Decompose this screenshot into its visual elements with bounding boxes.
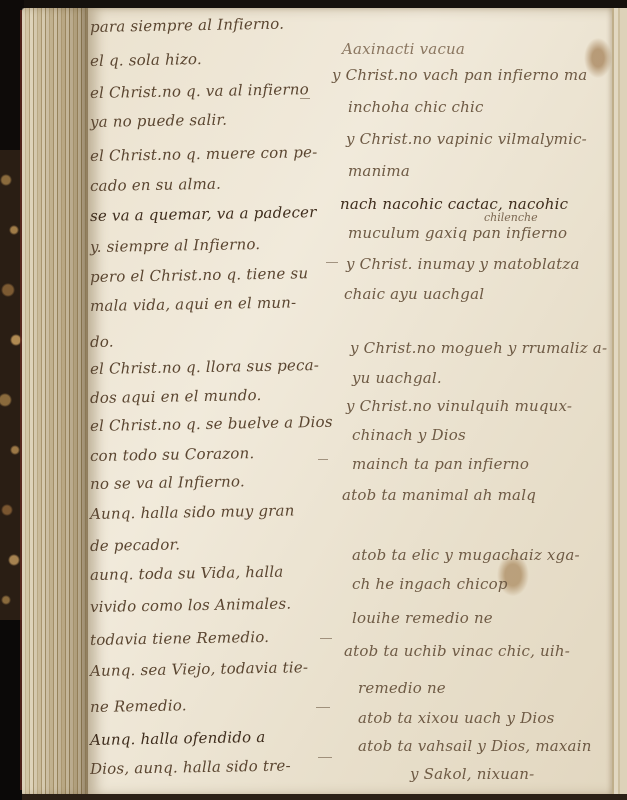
left-line-16: no se va al Infierno. [90,472,245,493]
left-line-4: ya no puede salir. [90,111,227,131]
left-line-11: do. [90,333,114,351]
right-line-7: muculum gaxiq pan infierno [348,224,567,242]
right-line-20: remedio ne [358,679,446,697]
right-line-19: atob ta uchib vinac chic, uih- [344,642,570,660]
right-line-10: y Christ.no mogueh y rrumaliz a- [350,339,607,357]
right-line-17: ch he ingach chicop [352,575,508,593]
dash-separator [300,98,310,99]
left-line-15: con todo su Corazon. [90,444,255,465]
left-line-19: aunq. toda su Vida, halla [90,563,284,584]
dash-separator [320,638,332,639]
right-line-9: chaic ayu uachgal [344,285,484,303]
right-line-15: atob ta manimal ah malq [342,486,536,504]
page-bottom-shadow [22,794,627,800]
right-line-16: atob ta elic y mugachaiz xga- [352,546,580,564]
right-line-21: atob ta xixou uach y Dios [358,709,555,727]
right-line-3: inchoha chic chic [348,98,484,116]
right-line-1: Aaxinacti vacua [342,40,465,58]
right-line-4: y Christ.no vapinic vilmalymic- [346,130,587,148]
left-line-13: dos aqui en el mundo. [90,386,262,407]
left-line-3: el Christ.no q. va al infierno [90,80,309,102]
right-line-22: atob ta vahsail y Dios, maxain [358,737,592,755]
left-line-1: para siempre al Infierno. [90,15,284,36]
manuscript-photo: para siempre al Infierno. el q. sola hiz… [0,0,627,800]
left-line-22: Aunq. sea Viejo, todavia tie- [90,658,308,680]
dash-separator [318,757,332,758]
left-line-21: todavia tiene Remedio. [90,628,269,649]
right-line-2: y Christ.no vach pan infierno ma [332,66,587,84]
page-right-edge [612,8,627,796]
right-line-14: mainch ta pan infierno [352,455,529,473]
left-line-2: el q. sola hizo. [90,50,202,70]
left-line-10: mala vida, aqui en el mun- [90,293,297,315]
right-line-23: y Sakol, nixuan- [410,765,534,783]
left-line-25: Dios, aunq. halla sido tre- [90,756,291,778]
right-line-13: chinach y Dios [352,426,466,444]
left-line-8: y. siempre al Infierno. [90,235,261,256]
right-line-11: yu uachgal. [352,369,442,387]
left-line-20: vivido como los Animales. [90,594,292,616]
left-line-17: Aunq. halla sido muy gran [90,501,295,523]
right-line-12: y Christ.no vinulquih muqux- [346,397,572,415]
dash-separator [316,707,330,708]
page-edges-stack [22,8,90,796]
left-line-23: ne Remedio. [90,696,187,716]
dash-separator [326,262,338,263]
right-line-8: y Christ. inumay y matoblatza [346,255,580,273]
left-line-6: cado en su alma. [90,175,221,195]
left-line-9: pero el Christ.no q. tiene su [90,264,309,286]
right-line-18: louihe remedio ne [352,609,493,627]
interlinear-gloss: chilenche [484,211,538,224]
left-line-18: de pecador. [90,535,181,555]
left-line-24: Aunq. halla ofendido a [90,728,266,749]
dash-separator [318,459,328,460]
right-line-5: manima [348,162,410,180]
